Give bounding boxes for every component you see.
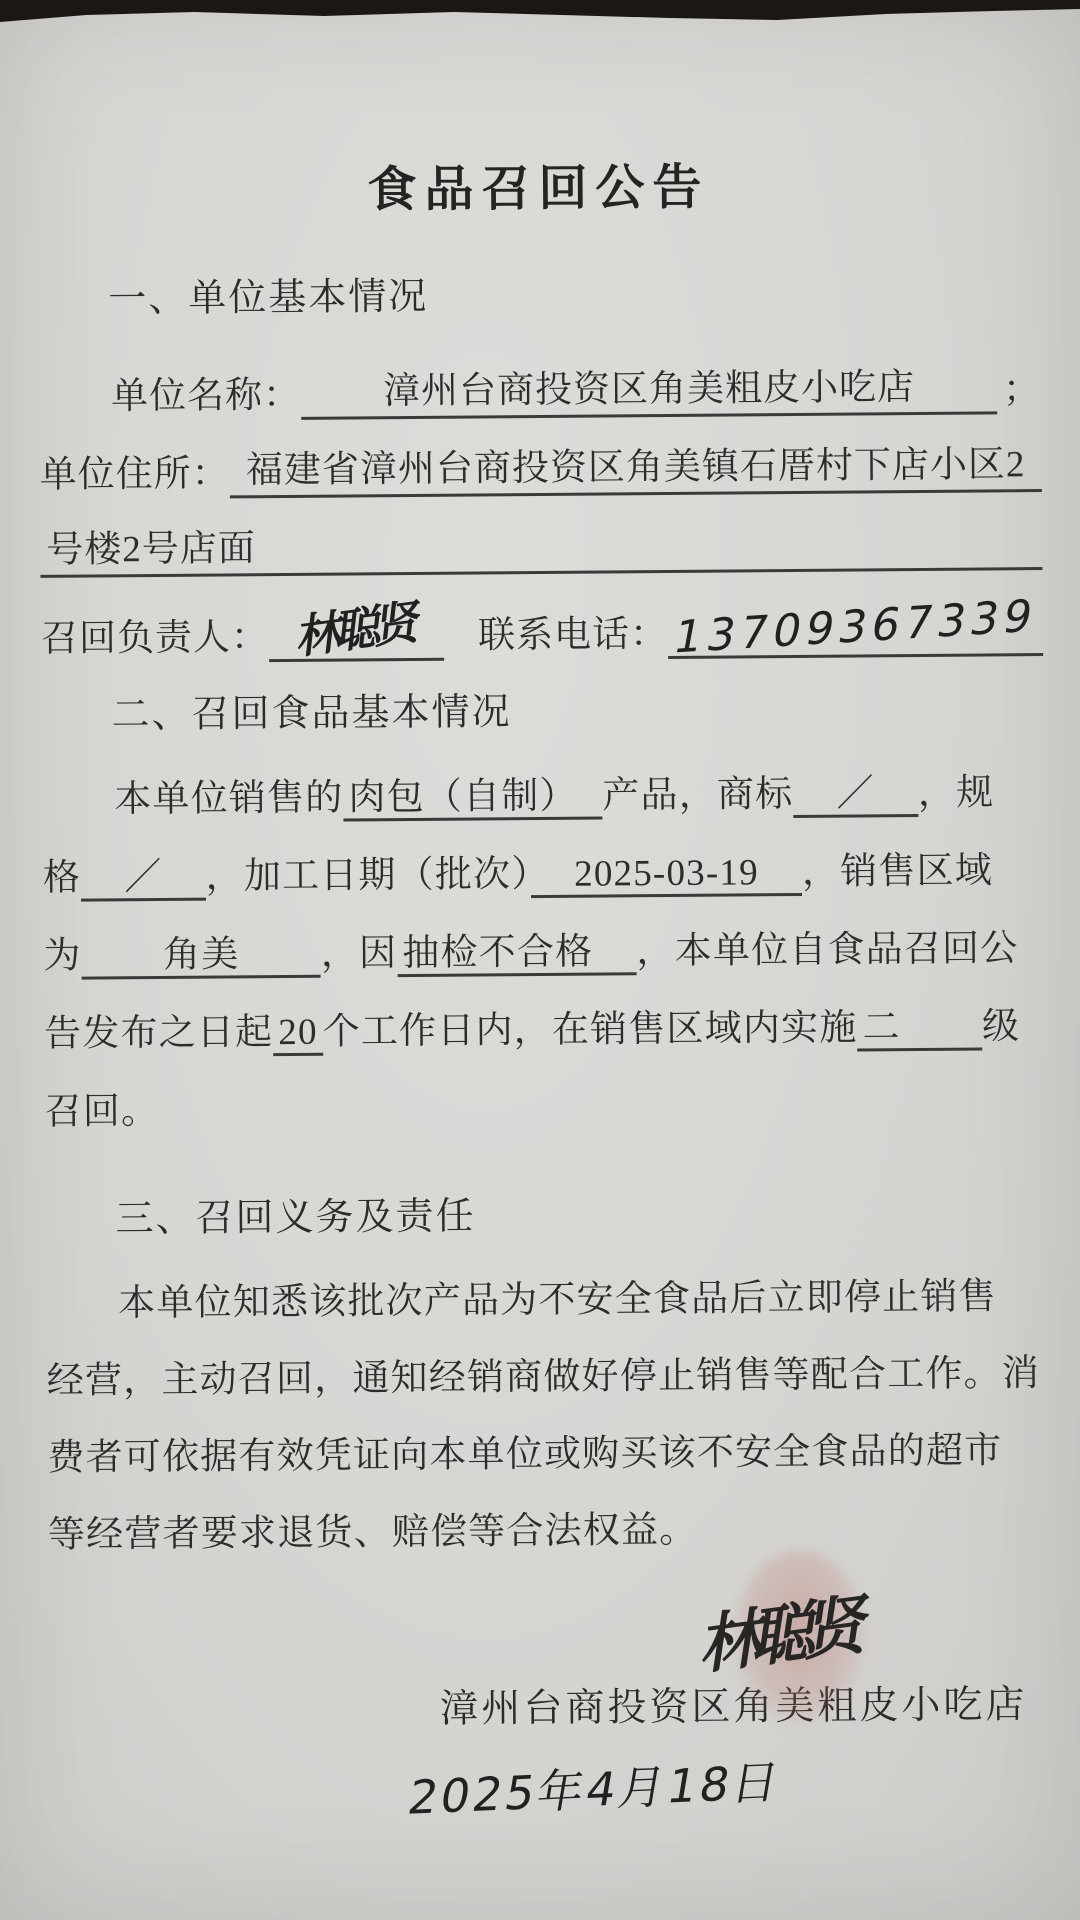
form-blank-value: 角美 <box>82 934 322 980</box>
document-paper: 食品召回公告 一、单位基本情况 单位名称： 漳州台商投资区角美粗皮小吃店 ； 单… <box>0 0 1080 1920</box>
recall-detail-line-2: 格 ／ ，加工日期（批次） 2025-03-19 ，销售区域 <box>43 832 1046 918</box>
form-printed-text: 告发布之日起 <box>44 1012 274 1055</box>
recall-manager-label: 召回负责人： <box>41 614 269 664</box>
form-printed-text: ，本单位自食品召回公 <box>636 928 1018 972</box>
form-printed-text: ，加工日期（批次） <box>205 854 531 898</box>
phone-blank: 13709367339 <box>668 597 1043 659</box>
unit-name-suffix: ； <box>1003 366 1041 414</box>
signature-date-row: 2025年4月18日 <box>50 1752 782 1824</box>
unit-address-label: 单位住所： <box>40 450 230 500</box>
form-blank-value: ／ <box>793 773 918 818</box>
recall-detail-line-4: 告发布之日起20个工作日内，在销售区域内实施二 级 <box>44 988 1047 1074</box>
form-printed-text: 本单位销售的 <box>114 778 344 821</box>
form-blank-value: 抽检不合格 <box>397 931 637 977</box>
section1-heading: 一、单位基本情况 <box>38 266 1040 326</box>
signature-date-handwriting: 2025年4月18日 <box>404 1745 788 1827</box>
form-blank-value: 肉包（自制） <box>343 776 602 822</box>
form-printed-text: 召回。 <box>45 1091 160 1133</box>
form-blank-value: 20 <box>273 1012 323 1056</box>
form-blank-value: 2025-03-19 <box>531 852 802 898</box>
phone-label: 联系电话： <box>478 611 668 661</box>
section3-heading: 三、召回义务及责任 <box>45 1186 1047 1246</box>
unit-address-line-2: 号楼2号店面 <box>40 502 1043 588</box>
form-printed-text: ，销售区域 <box>802 850 993 892</box>
obligation-line-1: 本单位知悉该批次产品为不安全食品后立即停止销售 <box>46 1258 1049 1343</box>
form-printed-text: ，因 <box>321 933 398 975</box>
signature-company-name: 漳州台商投资区角美粗皮小吃店 <box>49 1676 1027 1742</box>
unit-address-value-2: 号楼2号店面 <box>40 519 1042 578</box>
unit-address-value-1: 福建省漳州台商投资区角美镇石厝村下店小区2 <box>229 441 1041 498</box>
unit-name-value: 漳州台商投资区角美粗皮小吃店 <box>301 363 997 420</box>
recall-manager-signature-blank: 林聪贤 <box>269 600 445 662</box>
manager-signature-handwriting: 林聪贤 <box>295 592 418 668</box>
obligation-line-4: 等经营者要求退货、赔偿等合法权益。 <box>48 1489 1051 1574</box>
document-content: 食品召回公告 一、单位基本情况 单位名称： 漳州台商投资区角美粗皮小吃店 ； 单… <box>0 0 1080 1920</box>
unit-name-line: 单位名称： 漳州台商投资区角美粗皮小吃店 ； <box>39 346 1042 432</box>
form-printed-text: 个工作日内，在销售区域内实施 <box>323 1008 858 1053</box>
obligation-line-2: 经营，主动召回，通知经销商做好停止销售等配合工作。消 <box>46 1335 1049 1420</box>
form-printed-text: 为 <box>43 936 82 977</box>
form-blank-value: 二 <box>857 1007 982 1052</box>
form-blank-value: ／ <box>81 857 206 902</box>
section2-heading: 二、召回食品基本情况 <box>41 682 1043 742</box>
form-printed-text: 产品，商标 <box>602 774 793 816</box>
form-printed-text: 级 <box>982 1006 1021 1047</box>
photo-dark-background: { "colors": { "background": "#1b1814", "… <box>0 0 1080 1920</box>
form-printed-text: 格 <box>43 858 82 899</box>
recall-detail-line-5: 召回。 <box>44 1066 1047 1152</box>
phone-handwriting: 13709367339 <box>669 587 1042 667</box>
recall-detail-line-1: 本单位销售的肉包（自制） 产品，商标 ／ ，规 <box>42 754 1045 840</box>
unit-address-line-1: 单位住所： 福建省漳州台商投资区角美镇石厝村下店小区2 <box>39 424 1042 510</box>
recall-manager-line: 召回负责人： 林聪贤 联系电话： 13709367339 <box>41 588 1044 674</box>
unit-name-label: 单位名称： <box>111 372 301 422</box>
signer-signature-row: 林聪贤 <box>49 1592 1028 1684</box>
document-title: 食品召回公告 <box>37 146 1040 224</box>
obligation-line-3: 费者可依据有效凭证向本单位或购买该不安全食品的超市 <box>47 1412 1050 1497</box>
signature-block: 林聪贤 漳州台商投资区角美粗皮小吃店 2025年4月18日 <box>49 1592 1053 1824</box>
form-printed-text: ，规 <box>918 772 995 814</box>
recall-detail-line-3: 为 角美 ，因抽检不合格 ，本单位自食品召回公 <box>43 910 1046 996</box>
